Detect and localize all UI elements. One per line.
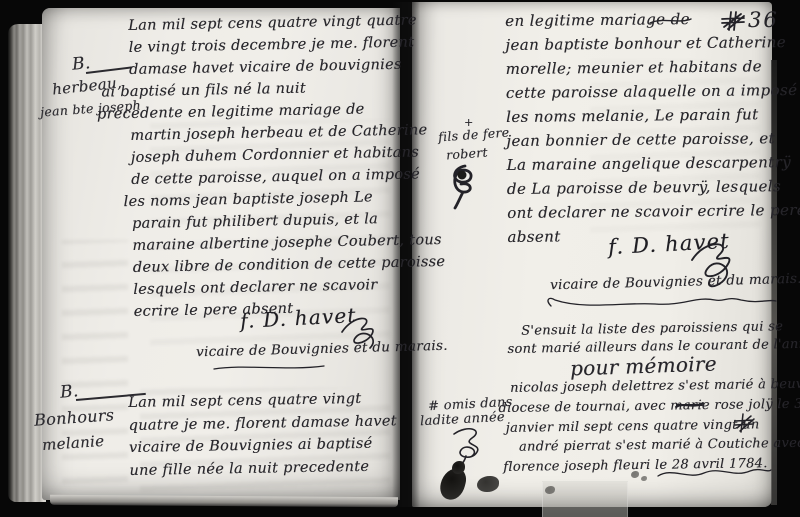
margin-reference-mark: # — [428, 399, 440, 415]
register-scan: B. herbeau, jean bte joseph Lan mil sept… — [0, 0, 800, 517]
bottom-page-edge — [50, 495, 398, 507]
margin-paraph — [448, 424, 488, 468]
reference-mark-scribble — [733, 412, 755, 434]
margin-paraph-blot — [449, 162, 481, 210]
page-edge-stack — [8, 24, 46, 502]
manuscript-line: jean baptiste bonhour et Catherine — [505, 30, 800, 57]
manuscript-line: morelle; meunier et habitans de — [506, 54, 800, 81]
strike-through-scribble — [676, 400, 704, 410]
manuscript-line: une fille née la nuit precedente — [129, 455, 398, 482]
manuscript-line: cette paroisse alaquelle on a imposé — [506, 78, 800, 105]
section-divider — [545, 294, 777, 310]
manuscript-line: ont declarer ne scavoir ecrire le pere — [507, 198, 800, 225]
entry-divider — [214, 363, 326, 373]
margin-note-filiation: robert — [446, 145, 489, 163]
baptism-entry-herbeau: Lan mil sept cens quatre vingt quatrele … — [128, 9, 446, 323]
closing-flourish — [656, 468, 772, 482]
manuscript-line: jean bonnier de cette paroisse, et — [506, 126, 800, 153]
manuscript-line: de La paroisse de beuvrÿ, lesquels — [507, 174, 800, 201]
manuscript-line: en legitime mariage de — [505, 6, 800, 33]
page-holder-tab — [542, 481, 628, 517]
manuscript-line: La maraine angelique descarpentrÿ — [507, 150, 800, 177]
manuscript-line: les noms melanie, Le parain fut — [506, 102, 800, 129]
baptism-entry-bonhours-continuation: en legitime mariage dejean baptiste bonh… — [505, 6, 800, 249]
baptism-entry-bonhours: Lan mil sept cens quatre vingtquatre je … — [128, 387, 398, 482]
